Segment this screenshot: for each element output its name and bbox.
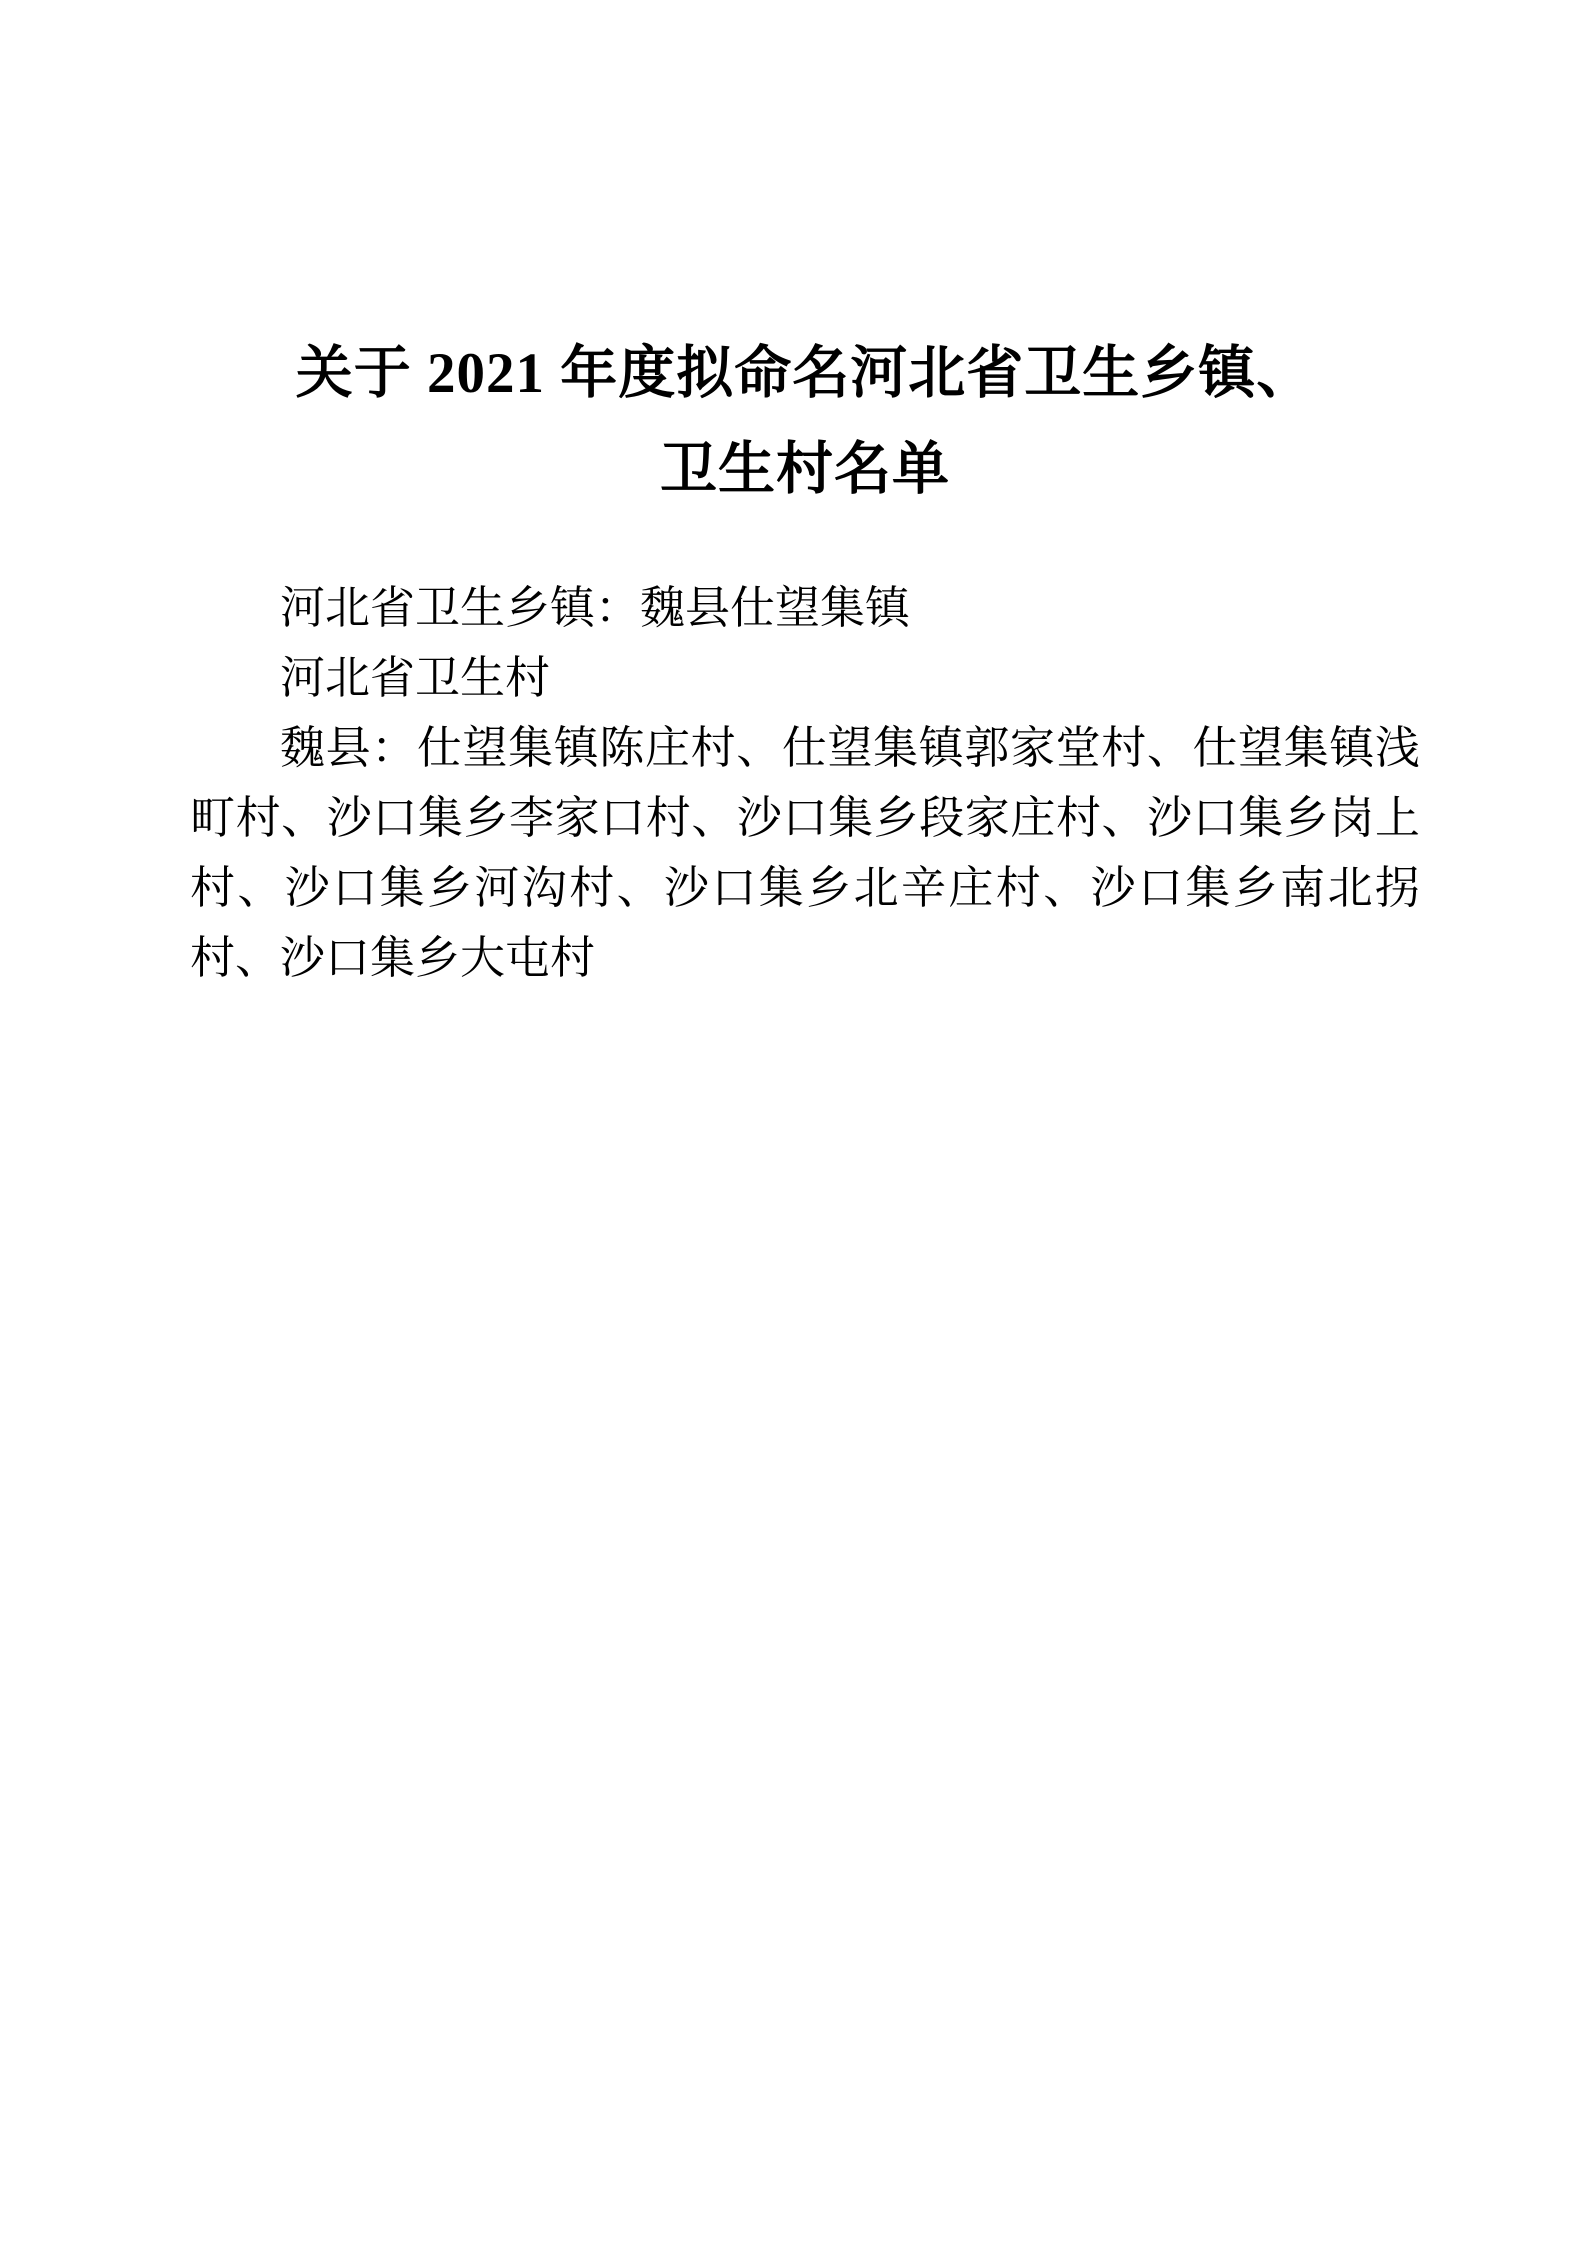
document-title-line-1: 关于 2021 年度拟命名河北省卫生乡镇、 xyxy=(190,326,1420,422)
document-title: 关于 2021 年度拟命名河北省卫生乡镇、 卫生村名单 xyxy=(190,38,1420,518)
document-content: 关于 2021 年度拟命名河北省卫生乡镇、 卫生村名单 河北省卫生乡镇：魏县仕望… xyxy=(190,38,1420,993)
document-title-line-2: 卫生村名单 xyxy=(190,422,1420,518)
paragraph-province-village-heading: 河北省卫生村 xyxy=(190,643,1420,713)
paragraph-province-town-list: 河北省卫生乡镇：魏县仕望集镇 xyxy=(190,573,1420,643)
document-body: 河北省卫生乡镇：魏县仕望集镇 河北省卫生村 魏县：仕望集镇陈庄村、仕望集镇郭家堂… xyxy=(190,573,1420,993)
paragraph-weixian-village-list: 魏县：仕望集镇陈庄村、仕望集镇郭家堂村、仕望集镇浅町村、沙口集乡李家口村、沙口集… xyxy=(190,713,1420,993)
document-page: 关于 2021 年度拟命名河北省卫生乡镇、 卫生村名单 河北省卫生乡镇：魏县仕望… xyxy=(0,0,1587,2245)
